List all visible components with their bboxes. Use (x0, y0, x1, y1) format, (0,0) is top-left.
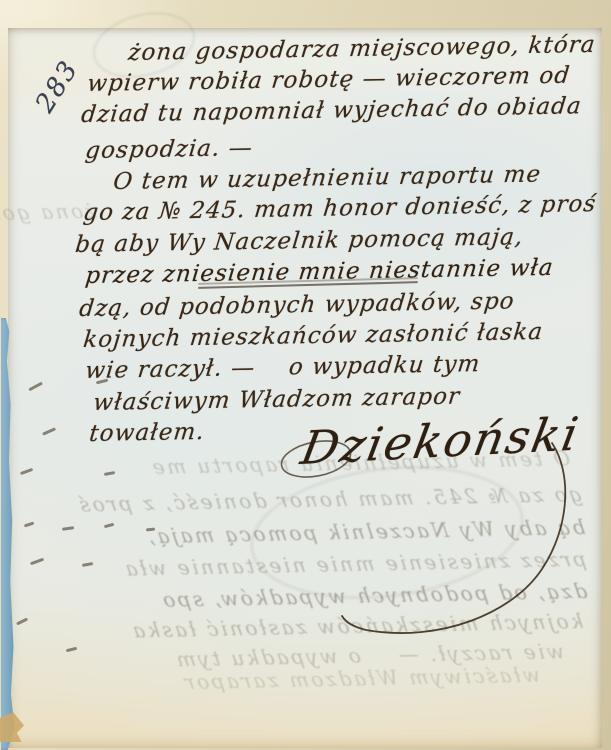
signature-flourish (280, 415, 600, 660)
handwriting-line: towałem. (88, 419, 206, 447)
document-scan: 283 żona gospodarza miejscowego, która w… (0, 0, 611, 750)
handwriting-line: gospodzia. — (84, 135, 254, 164)
